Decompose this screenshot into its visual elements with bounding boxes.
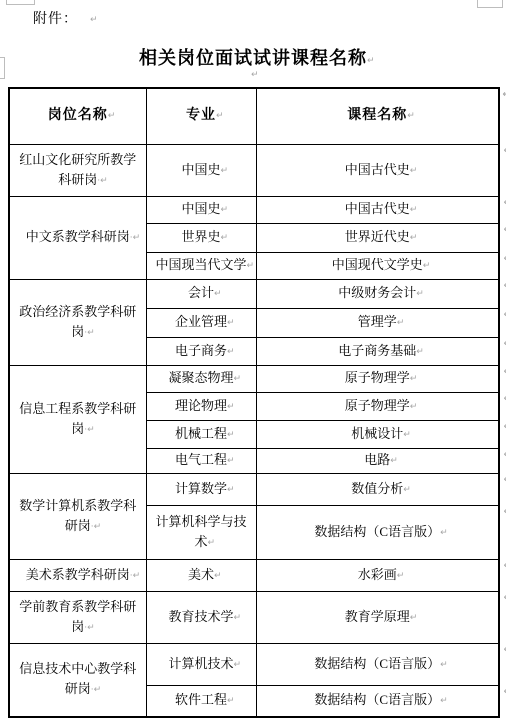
table-row: 中文系教学科研岗·↵ 中国史↵ 中国古代史↵↵ (9, 196, 499, 223)
cell-text: 电气工程 (175, 452, 227, 467)
major-cell: 计算机技术↵ (146, 643, 256, 685)
position-cell: 中文系教学科研岗·↵ (9, 196, 146, 279)
course-table: 岗位名称↵ 专业↵ 课程名称↵↵ 红山文化研究所教学科研岗·↵ 中国史↵ 中国古… (8, 87, 500, 718)
cell-text: 中国古代史 (345, 162, 410, 177)
cell-text: 计算机科学与技术 (155, 514, 246, 549)
header-text: 岗位名称 (48, 108, 108, 123)
major-cell: 中国史↵ (146, 144, 256, 196)
course-cell: 中国现代文学史↵↵ (256, 252, 499, 279)
table-row: 信息技术中心教学科研岗·↵ 计算机技术↵ 数据结构（C语言版）↵↵ (9, 643, 499, 685)
table-row: 红山文化研究所教学科研岗·↵ 中国史↵ 中国古代史↵↵ (9, 144, 499, 196)
position-cell: 政治经济系教学科研岗·↵ (9, 279, 146, 365)
cell-text: 原子物理学 (345, 370, 410, 385)
header-text: 课程名称 (347, 108, 407, 123)
table-row: 信息工程系教学科研岗·↵ 凝聚态物理↵ 原子物理学↵↵ (9, 365, 499, 392)
course-cell: 机械设计↵↵ (256, 420, 499, 448)
cell-text: 美术系教学科研岗 (26, 567, 130, 582)
major-cell: 美术↵ (146, 559, 256, 591)
cell-text: 中级财务会计 (338, 285, 416, 300)
table-row: 政治经济系教学科研岗·↵ 会计↵ 中级财务会计↵↵ (9, 279, 499, 308)
cell-text: 计算数学 (175, 481, 227, 496)
major-cell: 电子商务↵ (146, 337, 256, 365)
position-cell: 学前教育系教学科研岗·↵ (9, 591, 146, 643)
cell-text: 原子物理学 (345, 398, 410, 413)
major-cell: 世界史↵ (146, 223, 256, 252)
cell-text: 学前教育系教学科研岗 (19, 599, 136, 634)
cell-text: 中国史 (181, 201, 220, 216)
cell-text: 中国现当代文学 (155, 257, 246, 272)
cell-text: 软件工程 (175, 692, 227, 707)
cell-text: 美术 (188, 567, 214, 582)
cell-text: 电路 (364, 452, 390, 467)
page-corner-mark-top-left (6, 0, 35, 5)
cell-text: 政治经济系教学科研岗 (19, 304, 136, 339)
course-cell: 原子物理学↵↵ (256, 392, 499, 420)
cell-text: 水彩画 (358, 567, 397, 582)
cell-text: 教育技术学 (168, 609, 233, 624)
major-cell: 理论物理↵ (146, 392, 256, 420)
course-cell: 世界近代史↵↵ (256, 223, 499, 252)
course-cell: 电子商务基础↵↵ (256, 337, 499, 365)
major-cell: 中国史↵ (146, 196, 256, 223)
cell-text: 红山文化研究所教学科研岗 (19, 152, 136, 187)
cell-text: 中国现代文学史 (332, 257, 423, 272)
course-cell: 数值分析↵↵ (256, 473, 499, 505)
course-cell: 电路↵↵ (256, 448, 499, 473)
header-text: 专业 (186, 108, 216, 123)
cell-text: 信息工程系教学科研岗 (19, 401, 136, 436)
major-cell: 计算机科学与技术↵ (146, 505, 256, 559)
cell-text: 世界史 (181, 229, 220, 244)
page-title-text: 相关岗位面试试讲课程名称 (139, 48, 367, 68)
cell-text: 数学计算机系教学科研岗 (19, 498, 136, 533)
cell-text: 世界近代史 (345, 229, 410, 244)
cell-text: 企业管理 (175, 314, 227, 329)
major-cell: 会计↵ (146, 279, 256, 308)
cell-text: 数据结构（C语言版） (314, 524, 440, 539)
cell-text: 会计 (188, 285, 214, 300)
course-cell: 数据结构（C语言版）↵↵ (256, 643, 499, 685)
course-cell: 管理学↵↵ (256, 308, 499, 337)
major-cell: 教育技术学↵ (146, 591, 256, 643)
cell-text: 中国古代史 (345, 201, 410, 216)
position-cell: 信息技术中心教学科研岗·↵ (9, 643, 146, 717)
attachment-label: 附件：↵ (33, 8, 90, 28)
page-title: 相关岗位面试试讲课程名称↵ (0, 44, 506, 70)
course-cell: 中国古代史↵↵ (256, 196, 499, 223)
column-header-course: 课程名称↵↵ (256, 88, 499, 144)
course-cell: 中级财务会计↵↵ (256, 279, 499, 308)
document-page: 附件：↵ 相关岗位面试试讲课程名称↵ ↵ 岗位名称↵ 专业↵ 课程名称↵↵ 红山… (0, 0, 506, 721)
course-cell: 水彩画↵↵ (256, 559, 499, 591)
position-cell: 数学计算机系教学科研岗·↵ (9, 473, 146, 559)
cell-text: 中国史 (181, 162, 220, 177)
major-cell: 凝聚态物理↵ (146, 365, 256, 392)
table-row: 学前教育系教学科研岗·↵ 教育技术学↵ 教育学原理↵↵ (9, 591, 499, 643)
cell-text: 中文系教学科研岗 (26, 229, 130, 244)
major-cell: 机械工程↵ (146, 420, 256, 448)
major-cell: 计算数学↵ (146, 473, 256, 505)
cell-text: 数据结构（C语言版） (314, 656, 440, 671)
course-cell: 数据结构（C语言版）↵↵ (256, 685, 499, 717)
column-header-major: 专业↵ (146, 88, 256, 144)
row-end-mark-icon: ↵ (502, 91, 506, 100)
position-cell: 信息工程系教学科研岗·↵ (9, 365, 146, 473)
cell-text: 机械工程 (175, 426, 227, 441)
cell-text: 信息技术中心教学科研岗 (19, 661, 136, 696)
course-cell: 中国古代史↵↵ (256, 144, 499, 196)
cell-text: 机械设计 (351, 426, 403, 441)
cell-text: 理论物理 (175, 398, 227, 413)
major-cell: 中国现当代文学↵ (146, 252, 256, 279)
attachment-text: 附件： (33, 12, 78, 27)
cell-text: 凝聚态物理 (168, 370, 233, 385)
position-cell: 美术系教学科研岗·↵ (9, 559, 146, 591)
cell-text: 数值分析 (351, 481, 403, 496)
course-cell: 原子物理学↵↵ (256, 365, 499, 392)
major-cell: 软件工程↵ (146, 685, 256, 717)
cell-text: 数据结构（C语言版） (314, 692, 440, 707)
position-cell: 红山文化研究所教学科研岗·↵ (9, 144, 146, 196)
cell-text: 教育学原理 (345, 609, 410, 624)
cell-text: 电子商务基础 (338, 343, 416, 358)
major-cell: 电气工程↵ (146, 448, 256, 473)
page-corner-mark-top-right (477, 0, 503, 8)
column-header-position: 岗位名称↵ (9, 88, 146, 144)
cell-text: 计算机技术 (168, 656, 233, 671)
major-cell: 企业管理↵ (146, 308, 256, 337)
table-header-row: 岗位名称↵ 专业↵ 课程名称↵↵ (9, 88, 499, 144)
table-row: 数学计算机系教学科研岗·↵ 计算数学↵ 数值分析↵↵ (9, 473, 499, 505)
course-cell: 数据结构（C语言版）↵↵ (256, 505, 499, 559)
cell-text: 管理学 (358, 314, 397, 329)
table-row: 美术系教学科研岗·↵ 美术↵ 水彩画↵↵ (9, 559, 499, 591)
cell-text: 电子商务 (175, 343, 227, 358)
course-cell: 教育学原理↵↵ (256, 591, 499, 643)
